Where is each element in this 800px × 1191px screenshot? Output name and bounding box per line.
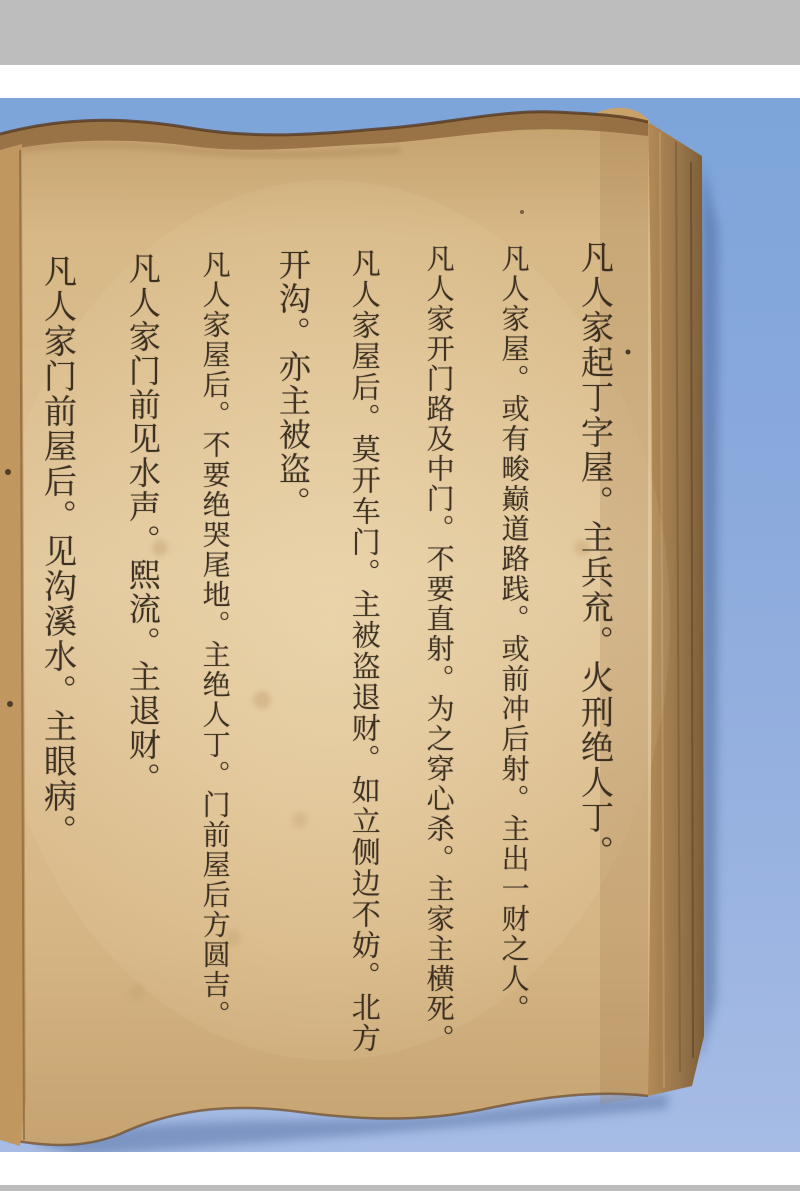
letterbox-top-bar xyxy=(0,0,800,65)
photo-backdrop xyxy=(0,98,800,1152)
text-column-5: 开沟。亦主被盗。 xyxy=(275,248,309,520)
text-column-8: 凡人家门前屋后。见沟溪水。主眼病。 xyxy=(40,254,75,849)
text-column-4: 凡人家屋后。莫开车门。主被盗退财。如立侧边不妨。北方 xyxy=(349,248,380,1054)
text-column-1: 凡人家起丁字屋。主兵㐬。火刑绝人丁。 xyxy=(577,240,612,870)
letterbox-bottom-bar xyxy=(0,1185,800,1191)
screenshot-root: { "photo": { "description": "Photograph … xyxy=(0,0,800,1191)
white-strip-top xyxy=(0,65,800,98)
text-column-3: 凡人家开门路及中门。不要直射。为之穿心杀。主家主横死。 xyxy=(424,244,454,1054)
text-column-7: 凡人家门前见水声。熙流。主退财。 xyxy=(125,252,159,796)
text-column-6: 凡人家屋后。不要绝哭尾地。主绝人丁。门前屋后方圆吉。 xyxy=(200,250,230,1030)
white-strip-bottom xyxy=(0,1152,800,1185)
text-column-2: 凡人家屋。或有畯巅道路践。或前冲后射。主出一财之人。 xyxy=(499,244,529,1024)
